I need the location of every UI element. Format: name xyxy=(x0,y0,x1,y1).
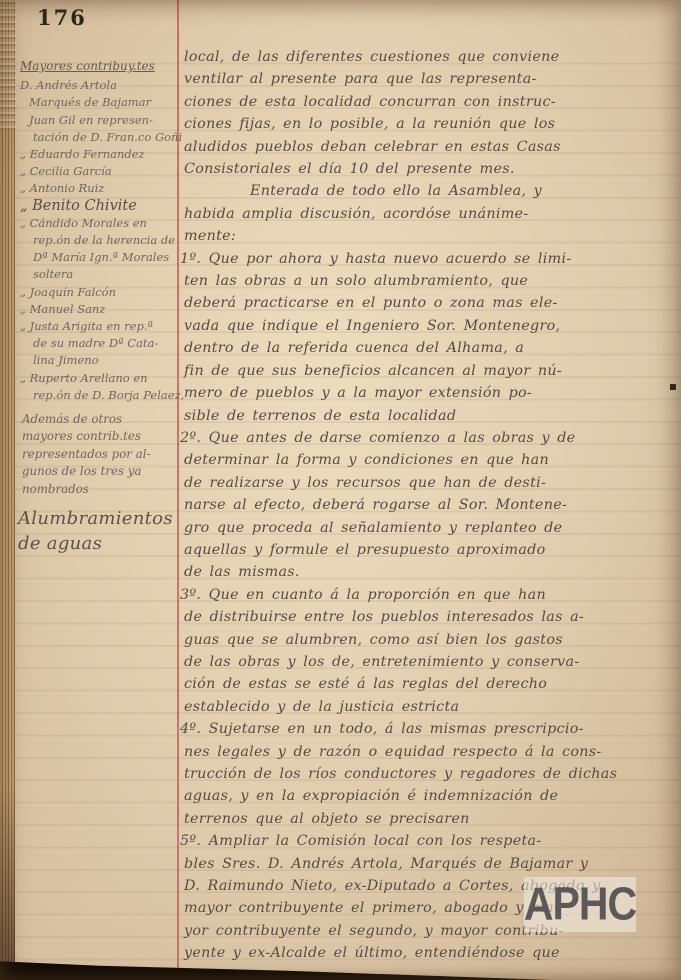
margin-entry: „ Joaquín Falcón xyxy=(20,284,177,301)
body-line: de las obras y los de, entretenimiento y… xyxy=(184,651,678,673)
body-line: 1º. Que por ahora y hasta nuevo acuerdo … xyxy=(180,248,678,270)
body-line: 2º. Que antes de darse comienzo a las ob… xyxy=(180,427,678,449)
margin-note-line: gunos de los tres ya xyxy=(22,463,179,480)
section-heading-line: Alumbramientos xyxy=(18,506,183,531)
aphc-watermark-stamp: APHC xyxy=(524,877,636,932)
margin-entry: rep.ón de D. Borja Pelaez, xyxy=(20,387,177,404)
margin-entry: tación de D. Fran.co Goñi xyxy=(20,129,177,146)
body-line: ción de estas se esté á las reglas del d… xyxy=(184,673,678,695)
margin-contributors-list: Mayores contribuy.tes D. Andrés Artola M… xyxy=(20,58,177,404)
body-line: aludidos pueblos deban celebrar en estas… xyxy=(184,136,678,158)
body-line: sible de terrenos de esta localidad xyxy=(184,405,678,427)
body-line: determinar la forma y condiciones en que… xyxy=(184,449,678,471)
body-line: aguas, y en la expropiación é indemnizac… xyxy=(184,785,678,807)
margin-entry: Dª María Ign.ª Morales xyxy=(20,249,177,266)
margin-entry: de su madre Dª Cata- xyxy=(20,335,177,352)
body-line: establecido y de la justicia estricta xyxy=(184,696,678,718)
margin-entry: „ Cecilia García xyxy=(20,163,177,180)
body-line: habida amplia discusión, acordóse unánim… xyxy=(184,203,678,225)
body-line: terrenos que al objeto se precisaren xyxy=(184,808,678,830)
binding-shadow xyxy=(0,0,15,980)
margin-entry: D. Andrés Artola xyxy=(20,77,177,94)
body-line: ten las obras a un solo alumbramiento, q… xyxy=(184,270,678,292)
body-line: dentro de la referida cuenca del Alhama,… xyxy=(184,337,678,359)
section-heading-line: de aguas xyxy=(18,531,183,556)
body-line: bles Sres. D. Andrés Artola, Marqués de … xyxy=(184,853,678,875)
margin-entry: soltera xyxy=(20,266,177,283)
margin-note: Además de otros mayores contrib.tes repr… xyxy=(22,411,179,498)
manuscript-body-text: local, de las diferentes cuestiones que … xyxy=(184,46,678,965)
margin-note-line: mayores contrib.tes xyxy=(22,428,179,445)
margin-entry: „ Antonio Ruiz xyxy=(20,180,177,197)
body-line: 3º. Que en cuanto á la proporción en que… xyxy=(180,584,678,606)
body-line: aquellas y formule el presupuesto aproxi… xyxy=(184,539,678,561)
body-line: guas que se alumbren, como así bien los … xyxy=(184,629,678,651)
margin-entry: Juan Gil en represen- xyxy=(20,112,177,129)
body-line: vada que indique el Ingeniero Sor. Monte… xyxy=(184,315,678,337)
body-line: trucción de los ríos conductores y regad… xyxy=(184,763,678,785)
margin-entry: „ Cándido Morales en xyxy=(20,215,177,232)
body-line: fin de que sus beneficios alcancen al ma… xyxy=(184,360,678,382)
body-line: yente y ex-Alcalde el último, entendiénd… xyxy=(184,942,678,964)
body-line: Consistoriales el día 10 del presente me… xyxy=(184,158,678,180)
body-line: mero de pueblos y a la mayor extensión p… xyxy=(184,382,678,404)
body-line: 5º. Ampliar la Comisión local con los re… xyxy=(180,830,678,852)
body-line: deberá practicarse en el punto o zona ma… xyxy=(184,292,678,314)
margin-entry: „ Justa Arigita en rep.ª xyxy=(20,318,177,335)
margin-entry: „ Manuel Sanz xyxy=(20,301,177,318)
margin-entry: „ Benito Chivite xyxy=(20,198,177,215)
margin-entry: „ Ruperto Arellano en xyxy=(20,370,177,387)
body-line: ciones de esta localidad concurran con i… xyxy=(184,91,678,113)
page-number: 176 xyxy=(37,5,87,30)
body-line: ciones fijas, en lo posible, a la reunió… xyxy=(184,113,678,135)
margin-section-heading: Alumbramientos de aguas xyxy=(18,506,183,556)
body-line: de distribuirse entre los pueblos intere… xyxy=(184,606,678,628)
body-line: Enterada de todo ello la Asamblea, y xyxy=(184,180,678,202)
body-line: local, de las diferentes cuestiones que … xyxy=(184,46,678,68)
ink-blot xyxy=(670,384,676,390)
margin-note-line: nombrados xyxy=(22,481,179,498)
manuscript-page-photo: 176 Mayores contribuy.tes D. Andrés Arto… xyxy=(0,0,681,980)
margin-entry: „ Eduardo Fernandez xyxy=(20,146,177,163)
body-line: de las mismas. xyxy=(184,561,678,583)
body-line: gro que proceda al señalamiento y replan… xyxy=(184,517,678,539)
margin-entry: lina Jimeno xyxy=(20,352,177,369)
body-line: ventilar al presente para que las repres… xyxy=(184,68,678,90)
margin-note-line: representados por al- xyxy=(22,446,179,463)
body-line: mente: xyxy=(184,225,678,247)
aphc-watermark-text: APHC xyxy=(524,882,636,928)
margin-note-line: Además de otros xyxy=(22,411,179,428)
body-line: narse al efecto, deberá rogarse al Sor. … xyxy=(184,494,678,516)
body-line: nes legales y de razón o equidad respect… xyxy=(184,741,678,763)
margin-list-header: Mayores contribuy.tes xyxy=(20,58,177,75)
margin-entry: Marqués de Bajamar xyxy=(20,94,177,111)
body-line: 4º. Sujetarse en un todo, á las mismas p… xyxy=(180,718,678,740)
margin-entry: rep.ón de la herencia de xyxy=(20,232,177,249)
body-line: de realizarse y los recursos que han de … xyxy=(184,472,678,494)
